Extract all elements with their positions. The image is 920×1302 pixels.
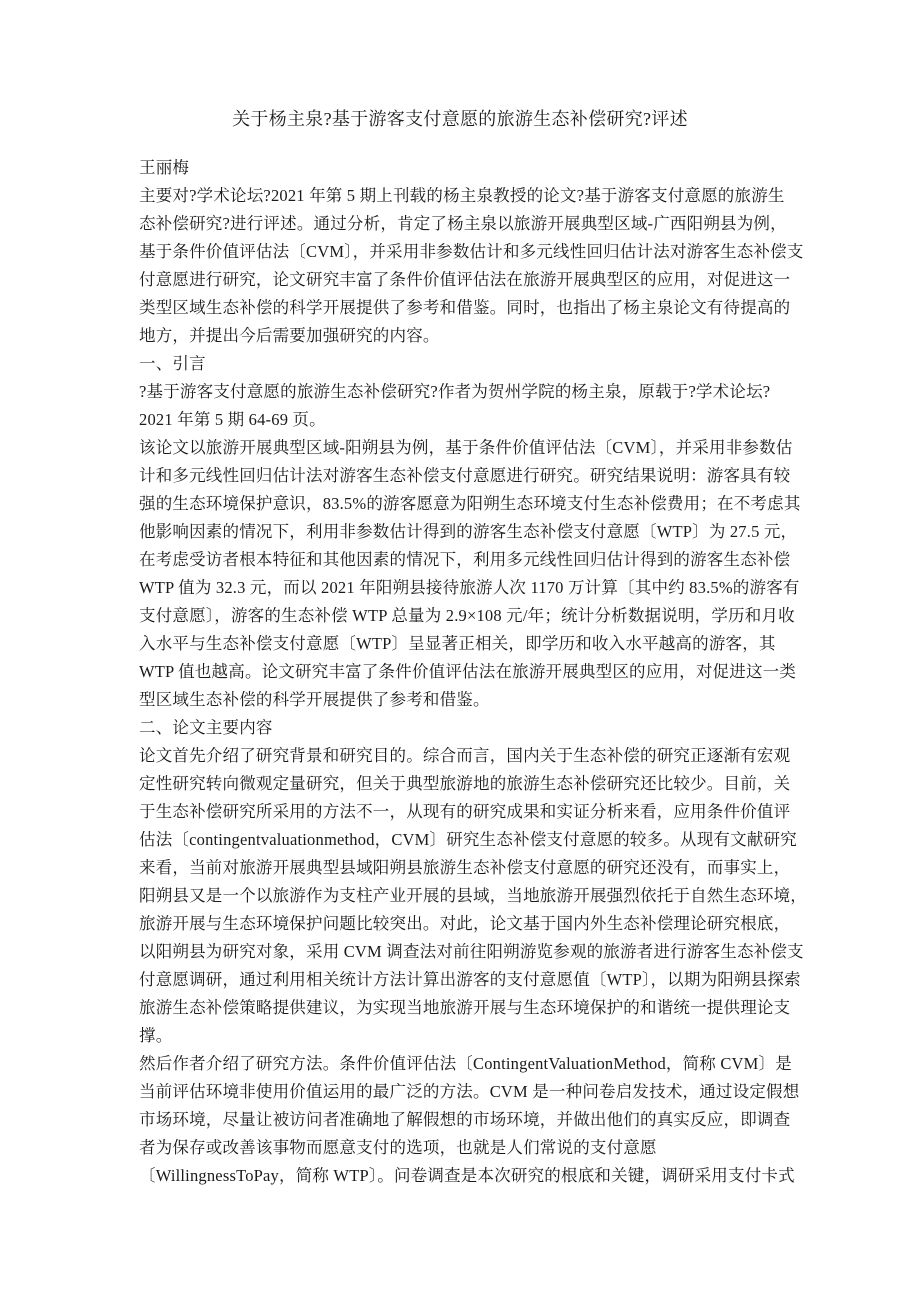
text-line: 二、论文主要内容: [139, 714, 787, 742]
text-line: 〔WillingnessToPay，简称 WTP〕。问卷调查是本次研究的根底和关…: [139, 1162, 787, 1190]
text-line: 入水平与生态补偿支付意愿〔WTP〕呈显著正相关，即学历和收入水平越高的游客，其: [139, 630, 787, 658]
text-line: 旅游生态补偿策略提供建议，为实现当地旅游开展与生态环境保护的和谐统一提供理论支: [139, 994, 787, 1022]
document-page: 关于杨主泉?基于游客支付意愿的旅游生态补偿研究?评述 王丽梅主要对?学术论坛?2…: [0, 0, 920, 1302]
text-line: 定性研究转向微观定量研究，但关于典型旅游地的旅游生态补偿研究还比较少。目前，关: [139, 770, 787, 798]
text-line: 在考虑受访者根本特征和其他因素的情况下，利用多元线性回归估计得到的游客生态补偿: [139, 546, 787, 574]
text-line: 他影响因素的情况下，利用非参数估计得到的游客生态补偿支付意愿〔WTP〕为 27.…: [139, 518, 787, 546]
text-line: 付意愿调研，通过利用相关统计方法计算出游客的支付意愿值〔WTP〕，以期为阳朔县探…: [139, 966, 787, 994]
text-line: 一、引言: [139, 350, 787, 378]
text-line: 以阳朔县为研究对象，采用 CVM 调查法对前往阳朔游览参观的旅游者进行游客生态补…: [139, 938, 787, 966]
text-line: 2021 年第 5 期 64-69 页。: [139, 406, 787, 434]
text-line: 基于条件价值评估法〔CVM〕，并采用非参数估计和多元线性回归估计法对游客生态补偿…: [139, 238, 787, 266]
text-line: 论文首先介绍了研究背景和研究目的。综合而言，国内关于生态补偿的研究正逐渐有宏观: [139, 742, 787, 770]
document-body: 王丽梅主要对?学术论坛?2021 年第 5 期上刊载的杨主泉教授的论文?基于游客…: [139, 154, 787, 1190]
text-line: 然后作者介绍了研究方法。条件价值评估法〔ContingentValuationM…: [139, 1050, 787, 1078]
text-line: 撑。: [139, 1022, 787, 1050]
text-line: 计和多元线性回归估计法对游客生态补偿支付意愿进行研究。研究结果说明：游客具有较: [139, 462, 787, 490]
text-line: 主要对?学术论坛?2021 年第 5 期上刊载的杨主泉教授的论文?基于游客支付意…: [139, 182, 787, 210]
text-line: 来看，当前对旅游开展典型县域阳朔县旅游生态补偿支付意愿的研究还没有，而事实上，: [139, 854, 787, 882]
text-line: 于生态补偿研究所采用的方法不一，从现有的研究成果和实证分析来看，应用条件价值评: [139, 798, 787, 826]
text-line: 旅游开展与生态环境保护问题比较突出。对此，论文基于国内外生态补偿理论研究根底，: [139, 910, 787, 938]
text-line: 当前评估环境非使用价值运用的最广泛的方法。CVM 是一种问卷启发技术，通过设定假…: [139, 1078, 787, 1106]
text-line: 王丽梅: [139, 154, 787, 182]
text-line: 者为保存或改善该事物而愿意支付的选项，也就是人们常说的支付意愿: [139, 1134, 787, 1162]
text-line: 强的生态环境保护意识，83.5%的游客愿意为阳朔生态环境支付生态补偿费用；在不考…: [139, 490, 787, 518]
text-line: 型区域生态补偿的科学开展提供了参考和借鉴。: [139, 686, 787, 714]
text-line: 支付意愿〕，游客的生态补偿 WTP 总量为 2.9×108 元/年；统计分析数据…: [139, 602, 787, 630]
text-line: 阳朔县又是一个以旅游作为支柱产业开展的县域，当地旅游开展强烈依托于自然生态环境，: [139, 882, 787, 910]
text-line: ?基于游客支付意愿的旅游生态补偿研究?作者为贺州学院的杨主泉，原载于?学术论坛?: [139, 378, 787, 406]
text-line: WTP 值也越高。论文研究丰富了条件价值评估法在旅游开展典型区的应用，对促进这一…: [139, 658, 787, 686]
text-line: WTP 值为 32.3 元，而以 2021 年阳朔县接待旅游人次 1170 万计…: [139, 574, 787, 602]
text-line: 态补偿研究?进行评述。通过分析，肯定了杨主泉以旅游开展典型区域-广西阳朔县为例，: [139, 210, 787, 238]
text-line: 该论文以旅游开展典型区域-阳朔县为例，基于条件价值评估法〔CVM〕，并采用非参数…: [139, 434, 787, 462]
text-line: 地方，并提出今后需要加强研究的内容。: [139, 322, 787, 350]
text-line: 市场环境，尽量让被访问者准确地了解假想的市场环境，并做出他们的真实反应，即调查: [139, 1106, 787, 1134]
text-line: 付意愿进行研究，论文研究丰富了条件价值评估法在旅游开展典型区的应用，对促进这一: [139, 266, 787, 294]
document-title: 关于杨主泉?基于游客支付意愿的旅游生态补偿研究?评述: [139, 105, 781, 133]
text-line: 估法〔contingentvaluationmethod，CVM〕研究生态补偿支…: [139, 826, 787, 854]
text-line: 类型区域生态补偿的科学开展提供了参考和借鉴。同时，也指出了杨主泉论文有待提高的: [139, 294, 787, 322]
